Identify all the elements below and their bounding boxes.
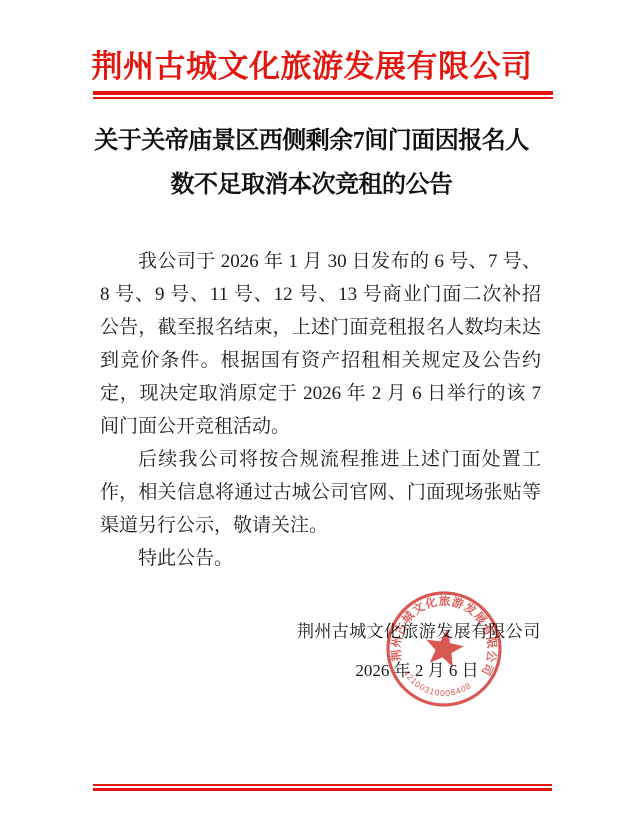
paragraph-2: 后续我公司将按合规流程推进上述门面处置工作，相关信息将通过古城公司官网、门面现场… xyxy=(100,443,541,542)
official-seal: 荆州古城文化旅游发展有限公司 42100310008408 xyxy=(374,579,513,718)
divider-thin-line xyxy=(93,97,553,99)
document-body: 我公司于 2026 年 1 月 30 日发布的 6 号、7 号、8 号、9 号、… xyxy=(100,245,541,575)
closing-note: 特此公告。 xyxy=(100,542,541,575)
star-icon xyxy=(422,626,466,668)
announcement-page: 荆州古城文化旅游发展有限公司 关于关帝庙景区西侧剩余7间门面因报名人数不足取消本… xyxy=(0,0,623,815)
seal-registration-number: 42100310008408 xyxy=(398,667,474,704)
footer-divider xyxy=(93,784,552,791)
document-title: 关于关帝庙景区西侧剩余7间门面因报名人数不足取消本次竞租的公告 xyxy=(90,119,533,207)
letterhead-divider xyxy=(93,91,553,99)
paragraph-1: 我公司于 2026 年 1 月 30 日发布的 6 号、7 号、8 号、9 号、… xyxy=(100,245,541,443)
letterhead-company-name: 荆州古城文化旅游发展有限公司 xyxy=(82,41,542,86)
svg-text:42100310008408: 42100310008408 xyxy=(398,667,474,704)
footer-thick-line xyxy=(93,788,552,791)
